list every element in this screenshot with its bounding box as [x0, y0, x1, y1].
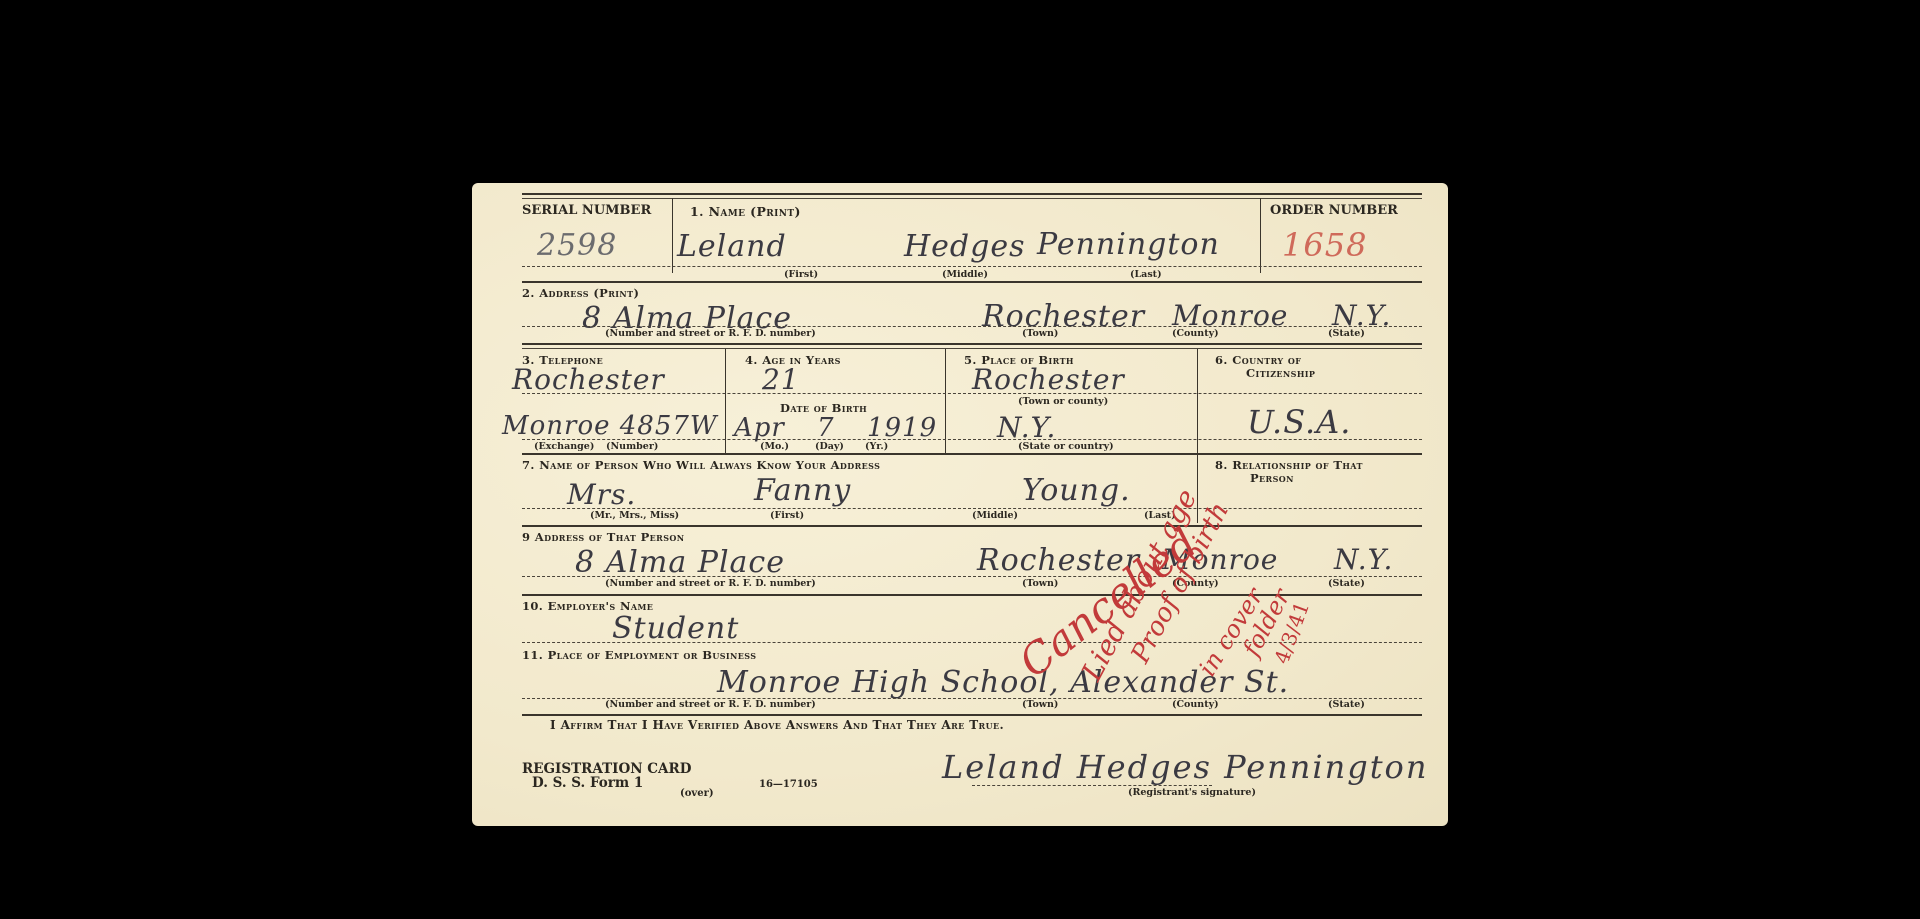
row3-dashes-2 [522, 439, 1422, 440]
row2-rule-2 [522, 348, 1422, 349]
contact-address-label: 9 Address of That Person [522, 530, 684, 544]
order-number-value: 1658 [1282, 226, 1367, 264]
address-town-sub: (Town) [1022, 328, 1058, 339]
top-rule-2 [522, 198, 1422, 199]
dob-year-sub: (Yr.) [865, 441, 888, 452]
relationship-label-2: Person [1250, 471, 1294, 485]
employment-county-sub: (County) [1172, 699, 1219, 710]
citizenship-divider [1197, 349, 1198, 453]
order-number-label: ORDER NUMBER [1270, 203, 1398, 218]
row2-dashes [522, 326, 1422, 327]
dob-month-sub: (Mo.) [760, 441, 789, 452]
contact-address-state-sub: (State) [1328, 578, 1365, 589]
address-county-sub: (County) [1172, 328, 1219, 339]
relationship-label-1: 8. Relationship of That [1215, 458, 1363, 472]
row5-dashes [522, 576, 1422, 577]
relationship-divider [1197, 453, 1198, 523]
contact-first-sub: (First) [770, 510, 804, 521]
signature-sub: (Registrant's signature) [1128, 787, 1256, 798]
citizenship-label-2: Citizenship [1246, 366, 1315, 380]
top-rule [522, 193, 1422, 195]
citizenship-label-1: 6. Country of [1215, 353, 1301, 367]
registration-card: SERIAL NUMBER 2598 1. Name (Print) Lelan… [472, 183, 1448, 826]
row1-rule [522, 281, 1422, 283]
registrant-signature: Leland Hedges Pennington [942, 748, 1428, 786]
name-last-sub: (Last) [1130, 269, 1162, 280]
contact-title-sub: (Mr., Mrs., Miss) [590, 510, 679, 521]
dob-day-sub: (Day) [815, 441, 844, 452]
row4-rule [522, 525, 1422, 527]
serial-number-value: 2598 [537, 228, 617, 263]
contact-last: Young. [1022, 473, 1131, 508]
telephone-line1: Rochester [512, 363, 665, 396]
name-middle: Hedges [904, 229, 1025, 264]
contact-address-town-sub: (Town) [1022, 578, 1058, 589]
contact-address-state: N.Y. [1334, 543, 1393, 576]
affirmation-text: I Affirm That I Have Verified Above Answ… [550, 718, 1004, 732]
address-label: 2. Address (Print) [522, 286, 639, 300]
print-code: 16—17105 [759, 779, 818, 790]
birthplace-town-sub: (Town or county) [1018, 396, 1108, 407]
telephone-exchange-sub: (Exchange) [534, 441, 594, 452]
signature-line [972, 785, 1212, 786]
citizenship-value: U.S.A. [1247, 403, 1351, 441]
row7-rule [522, 714, 1422, 716]
name-label: 1. Name (Print) [690, 204, 801, 219]
employment-town-sub: (Town) [1022, 699, 1058, 710]
form-id: D. S. S. Form 1 [532, 775, 643, 791]
telephone-number-sub: (Number) [606, 441, 658, 452]
address-street-sub: (Number and street or R. F. D. number) [605, 328, 816, 339]
contact-title: Mrs. [567, 478, 636, 511]
birthplace-divider [945, 349, 946, 453]
name-middle-sub: (Middle) [942, 269, 988, 280]
contact-person-label: 7. Name of Person Who Will Always Know Y… [522, 458, 880, 472]
address-state-sub: (State) [1328, 328, 1365, 339]
age-divider [725, 349, 726, 453]
name-first-sub: (First) [784, 269, 818, 280]
address-town: Rochester [982, 299, 1145, 334]
contact-address-street: 8 Alma Place [575, 545, 785, 580]
name-first: Leland [677, 229, 787, 264]
employment-state-sub: (State) [1328, 699, 1365, 710]
contact-first: Fanny [754, 473, 851, 508]
over-note: (over) [680, 788, 714, 799]
order-divider [1260, 198, 1261, 273]
birthplace-town: Rochester [972, 363, 1125, 396]
age-value: 21 [762, 363, 800, 396]
serial-divider [672, 198, 673, 273]
row4-dashes [522, 508, 1422, 509]
telephone-line2: Monroe 4857W [502, 411, 718, 441]
name-last: Pennington [1037, 227, 1220, 262]
employment-place-label: 11. Place of Employment or Business [522, 648, 756, 662]
serial-number-label: SERIAL NUMBER [522, 203, 651, 218]
contact-middle-sub: (Middle) [972, 510, 1018, 521]
employer-value: Student [612, 611, 739, 646]
contact-address-street-sub: (Number and street or R. F. D. number) [605, 578, 816, 589]
birthplace-state-sub: (State or country) [1018, 441, 1114, 452]
row2-rule [522, 343, 1422, 345]
employment-street-sub: (Number and street or R. F. D. number) [605, 699, 816, 710]
row3-rule [522, 453, 1422, 455]
row3-dashes-1 [522, 393, 1422, 394]
row1-dashes [522, 266, 1422, 267]
